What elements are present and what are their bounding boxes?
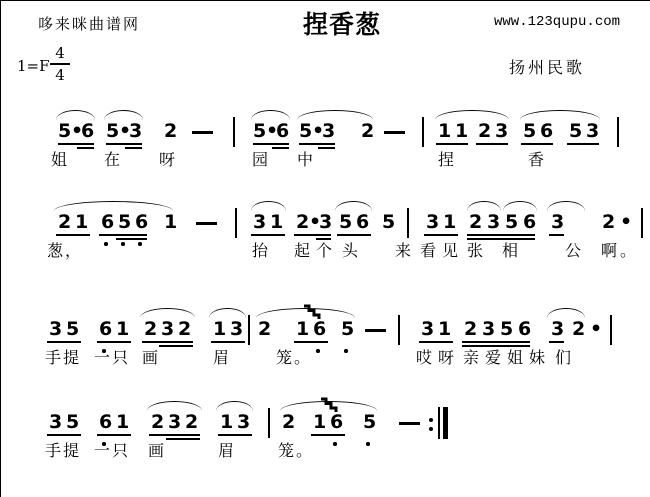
lyric-char: 眉 <box>213 350 229 368</box>
lyric-char: 只 <box>112 350 128 368</box>
note-underline <box>462 345 530 347</box>
octave-dot <box>138 242 142 246</box>
lyric-char: 画 <box>142 350 158 368</box>
note-digit: 6 <box>518 320 531 339</box>
note-digit: 2 <box>464 320 477 339</box>
note-underline <box>211 341 245 343</box>
lyric-char: 一 <box>94 443 110 461</box>
duration-dash <box>196 222 217 225</box>
note-digit: 1 <box>75 213 88 232</box>
site-name: 哆来咪曲谱网 <box>38 13 140 34</box>
slur <box>297 110 373 120</box>
lyric-char: 手 <box>45 350 61 368</box>
note-underline <box>549 234 564 236</box>
note-digit: 5 <box>253 122 266 141</box>
note-digit: 1 <box>164 213 177 232</box>
note-digit: 3 <box>253 213 266 232</box>
note-digit: 2 <box>258 320 271 339</box>
lyric-char: 张 <box>467 243 483 261</box>
note-underline <box>476 143 508 145</box>
lyric-char: 起 <box>294 243 310 261</box>
note-underline <box>166 438 200 440</box>
note-digit: 6 <box>99 320 112 339</box>
site-url: www.123qupu.com <box>494 14 620 30</box>
note-digit: 3 <box>551 320 564 339</box>
note-digit: 1 <box>213 320 226 339</box>
note-digit: 5 <box>66 413 79 432</box>
note-digit: 6 <box>540 122 553 141</box>
note-digit: 5 <box>66 320 79 339</box>
note-digit: 2 <box>151 413 164 432</box>
note-underline <box>424 234 458 236</box>
note-underline <box>467 234 535 236</box>
lyric-char: ， <box>65 243 81 261</box>
note-underline <box>251 234 285 236</box>
lyric-char: 们 <box>555 350 571 368</box>
note-digit: 6 <box>356 213 369 232</box>
barline <box>398 315 400 345</box>
note-digit: 3 <box>482 320 495 339</box>
note-digit: 5 <box>382 213 395 232</box>
octave-dot <box>121 242 125 246</box>
grace-ornament-icon <box>319 397 339 419</box>
time-signature-fraction-bar <box>50 63 70 65</box>
note-underline <box>116 238 147 240</box>
note-underline <box>337 234 371 236</box>
repeat-thin-barline <box>438 407 440 439</box>
note-underline <box>253 143 289 145</box>
note-digit: 2 <box>469 213 482 232</box>
note-underline <box>311 434 345 436</box>
note-digit: 6 <box>276 122 289 141</box>
slur <box>147 401 202 411</box>
note-digit: • <box>590 320 602 339</box>
note-digit: 2 <box>282 413 295 432</box>
lyric-char: 。 <box>620 243 636 261</box>
repeat-dot <box>429 418 433 422</box>
note-underline <box>149 434 200 436</box>
note-digit: 6 <box>81 122 94 141</box>
note-digit: • <box>620 213 632 232</box>
lyric-char: 见 <box>442 243 458 261</box>
note-digit: 1 <box>438 122 451 141</box>
time-signature-numerator: 4 <box>50 44 70 62</box>
note-digit: 6 <box>99 413 112 432</box>
barline <box>641 208 643 238</box>
song-title: 捏香葱 <box>303 5 381 41</box>
note-digit: 5 <box>363 413 376 432</box>
slur <box>104 110 143 120</box>
note-digit: 3 <box>426 213 439 232</box>
repeat-dot <box>429 427 433 431</box>
note-digit: 5 <box>106 122 119 141</box>
slur <box>54 201 173 211</box>
lyric-char: 画 <box>148 443 164 461</box>
duration-dash <box>365 329 386 332</box>
barline <box>248 315 250 345</box>
note-digit: 2 <box>361 122 374 141</box>
note-underline <box>521 143 553 145</box>
lyric-char: 在 <box>104 152 120 170</box>
note-digit: 2 <box>178 320 191 339</box>
lyric-char: 提 <box>63 443 79 461</box>
note-underline <box>462 341 530 343</box>
note-digit: 3 <box>129 122 142 141</box>
note-digit: 3 <box>551 213 564 232</box>
duration-dash <box>384 131 405 134</box>
note-underline <box>436 143 468 145</box>
lyric-char: 亲 <box>463 350 479 368</box>
note-digit: 5 <box>500 320 513 339</box>
lyric-char: 笼 <box>278 443 294 461</box>
barline <box>233 117 235 147</box>
note-digit: 2 <box>602 213 615 232</box>
note-digit: 5 <box>118 213 131 232</box>
lyric-char: 头 <box>342 243 358 261</box>
note-underline <box>99 234 147 236</box>
note-digit: 1 <box>443 213 456 232</box>
note-underline <box>125 147 142 149</box>
note-underline <box>56 234 90 236</box>
lyric-char: 捏 <box>438 152 454 170</box>
lyric-char: 呀 <box>159 152 175 170</box>
lyric-char: 哎 <box>416 350 432 368</box>
grace-ornament-icon <box>302 304 322 326</box>
duration-dash <box>399 422 420 425</box>
octave-dot <box>333 442 337 446</box>
lyric-char: 葱 <box>47 243 63 261</box>
note-digit: 2 <box>478 122 491 141</box>
slur <box>435 110 509 120</box>
lyric-char: 妹 <box>529 350 545 368</box>
lyric-char: 相 <box>502 243 518 261</box>
slur <box>140 308 195 318</box>
note-digit: 2 <box>572 320 585 339</box>
lyric-char: 。 <box>294 350 310 368</box>
lyric-char: 一 <box>94 350 110 368</box>
note-underline <box>47 434 81 436</box>
note-digit: 6 <box>101 213 114 232</box>
note-digit: 6 <box>135 213 148 232</box>
note-digit: 3 <box>586 122 599 141</box>
note-digit: 3 <box>49 320 62 339</box>
note-digit: 5 <box>58 122 71 141</box>
lyric-char: 爱 <box>485 350 501 368</box>
note-digit: 1 <box>438 320 451 339</box>
barline <box>422 117 424 147</box>
note-underline <box>106 143 142 145</box>
note-underline <box>316 238 331 240</box>
note-underline <box>294 341 328 343</box>
duration-dash <box>192 131 213 134</box>
lyric-char: 手 <box>45 443 61 461</box>
song-origin: 扬州民歌 <box>509 55 585 78</box>
note-digit: 1 <box>116 413 129 432</box>
note-underline <box>47 341 81 343</box>
slur <box>520 110 600 120</box>
note-digit: 3 <box>495 122 508 141</box>
octave-dot <box>316 349 320 353</box>
slur <box>216 401 253 411</box>
octave-dot <box>366 442 370 446</box>
note-underline <box>294 234 331 236</box>
slur <box>251 201 286 211</box>
note-underline <box>419 341 453 343</box>
slur <box>547 308 585 318</box>
note-underline <box>467 238 535 240</box>
barline <box>407 208 409 238</box>
lyric-char: 抬 <box>252 243 268 261</box>
time-signature: 4 4 <box>50 44 70 84</box>
slur <box>251 110 290 120</box>
lyric-char: 呀 <box>438 350 454 368</box>
note-digit: 5 <box>569 122 582 141</box>
lyric-char: 香 <box>528 152 544 170</box>
time-signature-denominator: 4 <box>50 66 70 84</box>
slur <box>56 110 95 120</box>
lyric-char: 公 <box>565 243 581 261</box>
lyric-char: 园 <box>252 152 268 170</box>
note-digit: 3 <box>161 320 174 339</box>
key-signature: 1=F <box>17 57 50 75</box>
lyric-char: 中 <box>297 152 313 170</box>
lyric-char: 姐 <box>51 152 67 170</box>
lyric-char: 姐 <box>507 350 523 368</box>
note-underline <box>142 341 193 343</box>
note-digit: 1 <box>270 213 283 232</box>
note-digit: 3 <box>487 213 500 232</box>
note-underline <box>97 434 131 436</box>
note-digit: 3 <box>237 413 250 432</box>
note-underline <box>58 143 94 145</box>
slur <box>503 201 537 211</box>
note-underline <box>299 143 335 145</box>
note-digit: 3 <box>168 413 181 432</box>
note-digit: 5 <box>299 122 312 141</box>
octave-dot <box>104 242 108 246</box>
lyric-char: 个 <box>316 243 332 261</box>
sheet-music-page: 哆来咪曲谱网 捏香葱 www.123qupu.com 1=F 4 4 扬州民歌 … <box>0 0 650 497</box>
lyric-char: 来 <box>395 243 411 261</box>
note-underline <box>567 143 599 145</box>
note-underline <box>218 434 252 436</box>
lyric-char: 提 <box>63 350 79 368</box>
note-digit: 5 <box>505 213 518 232</box>
note-digit: 2 <box>164 122 177 141</box>
lyric-char: 。 <box>296 443 312 461</box>
barline <box>610 315 612 345</box>
slur <box>335 201 372 211</box>
note-digit: 5 <box>523 122 536 141</box>
note-underline <box>549 341 564 343</box>
note-digit: 3 <box>319 213 332 232</box>
note-underline <box>97 341 131 343</box>
note-digit: 2 <box>144 320 157 339</box>
lyric-char: 啊 <box>601 243 617 261</box>
note-digit: 5 <box>339 213 352 232</box>
note-digit: 3 <box>322 122 335 141</box>
note-digit: 1 <box>220 413 233 432</box>
note-digit: 6 <box>523 213 536 232</box>
octave-dot <box>344 349 348 353</box>
repeat-thick-barline <box>443 407 448 439</box>
note-digit: 5 <box>341 320 354 339</box>
note-underline <box>318 147 335 149</box>
lyric-char: 眉 <box>218 443 234 461</box>
note-digit: 2 <box>58 213 71 232</box>
slur <box>547 201 585 211</box>
barline <box>617 117 619 147</box>
note-digit: 1 <box>116 320 129 339</box>
barline <box>235 208 237 238</box>
note-underline <box>159 345 193 347</box>
note-digit: 3 <box>230 320 243 339</box>
note-digit: 3 <box>49 413 62 432</box>
lyric-char: 看 <box>420 243 436 261</box>
note-underline <box>272 147 289 149</box>
lyric-char: 只 <box>112 443 128 461</box>
slur <box>209 308 246 318</box>
barline <box>268 408 270 438</box>
lyric-char: 笼 <box>276 350 292 368</box>
slur <box>467 201 501 211</box>
note-digit: 2 <box>185 413 198 432</box>
note-digit: 3 <box>421 320 434 339</box>
note-digit: 2 <box>296 213 309 232</box>
note-underline <box>77 147 94 149</box>
note-digit: 1 <box>455 122 468 141</box>
